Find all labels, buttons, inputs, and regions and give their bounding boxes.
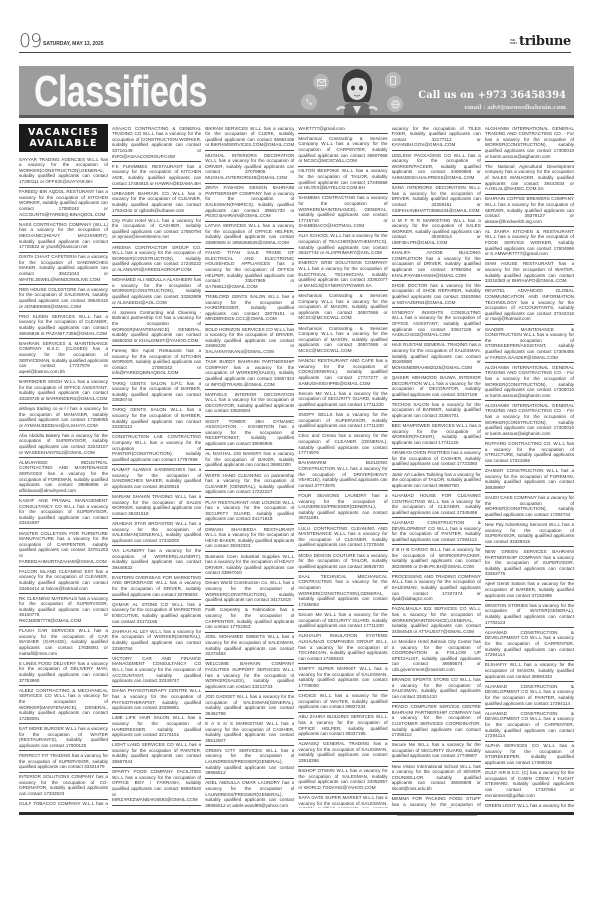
- classified-ad: ALKHALIFI INSULATION SYSTEMS ALKHUNAZI C…: [298, 632, 387, 665]
- classified-ad: TASK BUDDY BAHRAINI PARTNERSHIP COMPANY …: [205, 358, 294, 391]
- classified-ad: alshaya trading co w l l has a vacancy f…: [19, 404, 108, 431]
- classified-ad: FAZALMAULA 522 SERVICES CO W.L.L has a v…: [392, 605, 481, 638]
- classified-ad: U M F R R MARKETING W.L.L has a vacancy …: [392, 216, 481, 249]
- classified-ad: vacancy for the occupation of TILES FIXE…: [392, 124, 481, 151]
- classified-ad: SHOE DOCTOR has a vacancy for the occupa…: [392, 281, 481, 308]
- classified-ad: SNIFFY SUPER MARKET W.L.L has a vacancy …: [298, 664, 387, 691]
- classified-ad: ALGHANIM INTERNATIONAL GENERAL TRADING A…: [485, 124, 574, 162]
- classified-ad: EXIM PRODUCT TRADING W.L.L has a vacancy…: [112, 806, 201, 808]
- classified-ad: Le Meridien Hotel Bahrain City Center ha…: [392, 637, 481, 675]
- column-5: vacancy for the occupation of TILES FIXE…: [392, 124, 481, 808]
- page-header: 09 SATURDAY, MAY 13, 2025 THE DAILYtribu…: [19, 30, 571, 53]
- classified-ad: FOUR SEASONS LAUNDRY has a vacancy for t…: [298, 491, 387, 524]
- classified-ad: Faith Carpentry & Fabrication has a vaca…: [205, 606, 294, 633]
- classified-ad: Abu Abdulla Bakery has a vacancy for the…: [19, 431, 108, 458]
- page-date: SATURDAY, MAY 13, 2025: [43, 41, 104, 47]
- classified-ad: Business Conn Industrial Supplies W.L.L …: [205, 552, 294, 579]
- classified-ad: Mechanical Contracting & Services Compan…: [298, 324, 387, 357]
- classified-ad: SYNERGY INSIGHTS CONSULTING W.L.L has a …: [392, 308, 481, 341]
- classified-ad: MOHAMED ALI ABDULLA ALASHEERI has a vaca…: [112, 276, 201, 309]
- classified-ad: ALGHANIM INTERNATIONAL GENERAL TRADING A…: [485, 401, 574, 439]
- classified-ad: SAFA GATE SUPER MARKET W.L.L has a vacan…: [298, 794, 387, 808]
- classified-ad: E A S N S MARKETING W.L.L has a vacancy …: [205, 719, 294, 746]
- classified-ad: AREENA CONTRACTOR GROUP CO. W.L.L has a …: [112, 243, 201, 276]
- classified-ad: INTERIOR SOLUTIONS COMPANY has a vacancy…: [19, 773, 108, 800]
- classified-ad: Dream World Construction Co. W.L.L has a…: [205, 579, 294, 606]
- classified-ad: REVATEL ADVANCED GLOBAL COMMUNICATION AN…: [485, 287, 574, 325]
- classified-ad: ALHAMAD HOUSE FOR CLEANING CONTRACTING W…: [392, 491, 481, 518]
- classified-ad: EASTERN OVERSEAS FOR MARKETING AND BROKE…: [112, 573, 201, 600]
- classified-ad: SPARTY FOOD COMPANY FACILITIES W.L.L has…: [112, 768, 201, 806]
- classified-ad: PLAY RESTAURANT AND LOUNGE W.L.L has a v…: [205, 498, 294, 525]
- classified-ad: ALMUHYEED INDUSTRIAL CONTRACTING AND MAI…: [19, 458, 108, 496]
- mascot-illustration: [334, 66, 380, 118]
- classified-ad: ZINTA FASHION DESIGN BAHRAINI PARTNERSHI…: [205, 184, 294, 222]
- classified-ad: JOD GADGET W.L.L has a vacancy for the o…: [205, 692, 294, 719]
- classified-ad: ARABIAN STAR BROASTED W.L.L has a vacanc…: [112, 519, 201, 546]
- classified-ad: TECHOS SALON has a vacancy for the occup…: [392, 400, 481, 421]
- classified-ad: GULF TOBACCO COMPANY W.L.L has a vacancy…: [19, 800, 108, 808]
- classified-ad: WINSTON STORIES has a vacancy for the oc…: [485, 601, 574, 628]
- classified-ad: New Vision International School W.L.L ha…: [392, 762, 481, 795]
- classified-ad: New Pay Advertising Services W.L.L has a…: [485, 520, 574, 547]
- classified-ad: ABU ZAHRA BUILDING SERVICES W.L.L has a …: [298, 713, 387, 740]
- classified-ad: MARIAM SHAHIN TRADING W.L.L has a vacanc…: [112, 492, 201, 519]
- classified-ad: City Point Hotel W.L.L has a vacancy for…: [112, 216, 201, 243]
- classified-ad: WHITE HAND CLEANING co partnership has a…: [205, 471, 294, 498]
- classified-ad: ASAACO CONTRACTING & GENERAL TRADING CO …: [112, 124, 201, 162]
- classified-ad: TARIQ GENTS SALON W.L.L has a vacancy fo…: [112, 406, 201, 433]
- classified-ad: PROCESSING AND TRADING COMPANY W.L.L has…: [392, 572, 481, 605]
- classified-ad: SAUDI CAKE COMPANY has a vacancy for the…: [485, 493, 574, 520]
- column-4: WAR7777@gmail.comMechanical Contracting …: [298, 124, 387, 808]
- phone-icon: [301, 94, 317, 110]
- classified-ad: MARVELS INTERIOR DECORATION W.L.L has a …: [205, 390, 294, 417]
- classified-ad: Z B H B CARGO W.L.L has a vacancy for th…: [392, 545, 481, 572]
- classified-ad: WELCOME BAHRAIN COMPANY FACILITIES SUPPO…: [205, 660, 294, 693]
- classified-ad: LIME LIFE HAIR SALON W.L.L has a vacancy…: [112, 714, 201, 741]
- classified-ad: ALPHA SERVICES CO W.L.L has a vacancy fo…: [485, 742, 574, 769]
- classified-ad: PERFECT FIT TRADING has a vacancy for th…: [19, 751, 108, 772]
- column-3: BIKRAM SERVICES W.L.L has a vacancy for …: [205, 124, 294, 808]
- classified-ad: Secure Me W.L.L has a vacancy for the oc…: [392, 741, 481, 762]
- logo-prefix: THE DAILY: [510, 39, 519, 45]
- classified-ad: TARIQ GENTS SALON S.P.C has a vacancy fo…: [112, 379, 201, 406]
- classified-ad: MODA DESIGN COUTURE has a vacancy for th…: [298, 551, 387, 572]
- contact-email: email : advt@newsofbahrain.com: [464, 105, 566, 111]
- classified-ad: ALEEZ CONTRACTING & MECHANICAL SERVICES …: [19, 686, 108, 724]
- classified-ad: NANOLI RESTAURANT AND CAFE has a vacancy…: [298, 357, 387, 390]
- column-6: ALGHANIM INTERNATIONAL GENERAL TRADING A…: [485, 124, 574, 808]
- classified-ad: The National Agricultural Development co…: [485, 162, 574, 195]
- classified-ad: BAHRAIN COFFEE BREWERS COMPANY W.L.L has…: [485, 195, 574, 228]
- classified-ad: HAJI RUSTAM GENERAL TRADING has a vacanc…: [392, 341, 481, 374]
- bottom-rule: [19, 812, 574, 815]
- classified-ad: SHABEBA CONTRACTING has a vacancy for th…: [298, 194, 387, 232]
- classified-ad: MASTER COLLETION FOR FURNITURE MANUFACTU…: [19, 529, 108, 567]
- classified-ad: NASS CONTRACTING COMPANY (W.L.L) has a v…: [19, 220, 108, 253]
- classified-ad: AL ZAHRA KITCHEN & RESTAURANT W.L.L has …: [485, 227, 574, 260]
- classified-ad: Choc and Crema has a vacancy for the occ…: [298, 432, 387, 459]
- classified-ad: FALCON ISLAND CLEANING EST has a vacancy…: [19, 567, 108, 594]
- classified-ad: FAHAD TITAN SALE TRADE OF ELECTRICAL AND…: [205, 249, 294, 293]
- classified-ad: ALHAMAD CONSTRUCTION & DEVELOPMENT CO W.…: [392, 518, 481, 545]
- classified-ad: HILTON BESPOKE W.L.L has a vacancy for t…: [298, 167, 387, 194]
- classified-ad: BISHOP OTSKIN W.L.L has a vacancy for th…: [298, 767, 387, 794]
- classified-ad: Secure Me W.L.L has a vacancy for the oc…: [298, 610, 387, 631]
- classified-ad: CHOICE W.L.L has a vacancy for the occup…: [298, 691, 387, 712]
- classifieds-banner: Classifieds Call us on +973 36458394 ema…: [19, 66, 574, 118]
- classified-ad: ARABIAN OVEN PASTRIES has a vacancy for …: [392, 449, 481, 470]
- classified-ad: LIGHT LAND SERVICES CO W.L.L has a vacan…: [112, 741, 201, 768]
- classified-ad: Mechanical Contracting & Services Compan…: [298, 291, 387, 324]
- classified-ad: Secure Me W.L.L has a vacancy for the oc…: [298, 389, 387, 410]
- classified-ad: BBC MANPOWER SERVICES W.L.L has a vacanc…: [392, 422, 481, 449]
- classified-ad: ALHAMAD CONSTRUCTION & DEVELOPMENT CO W.…: [485, 709, 574, 742]
- classified-ad: QAMAR AL STONE CO W.L.L has a vacancy fo…: [112, 600, 201, 627]
- classified-ad: KHALIFA AYOOB BUILDING COMPLETION has a …: [392, 249, 481, 282]
- classified-ad: KASHF AND PRAWAL MANAGEMENT CONSULTANCY …: [19, 496, 108, 529]
- classified-ad: ZAHRAH AL LEY W.L.L has a vacancy for th…: [112, 627, 201, 654]
- classified-ad: EAT MORE BURGER W.L.L has a vacancy for …: [19, 724, 108, 751]
- classified-ad: DIWASH SHAHEEDA RESTAURANT W.L.L has a v…: [205, 525, 294, 552]
- classified-ad: SIAM HOUSE RESTAURANT has a vacancy for …: [485, 260, 574, 287]
- classified-ad: ENERGY GRID SOLUTIONS COMPANY W.L.L has …: [298, 259, 387, 292]
- classified-ad: 5 LINES FOOD DELIVERY has a vacancy for …: [19, 659, 108, 686]
- classified-ad: RED HOUSE COLDSTORE has a vacancy for th…: [19, 285, 108, 312]
- classified-ad: GREEN CITY SERVICES W.L.L has a vacancy …: [205, 746, 294, 779]
- classified-ad: SAADER MAINTENANCE & CONSTRUCTION W.L.L …: [485, 325, 574, 363]
- classifieds-columns: VACANCIES AVAILABLE SAYYAR TRADING AGENC…: [19, 124, 574, 808]
- page-number: 09: [19, 30, 41, 52]
- classified-ad: BARRINDER SINGH W.L.L has a vacancy for …: [19, 377, 108, 404]
- mobile-icon: [385, 72, 401, 88]
- classified-ad: MEMMA FOR PACKING FOOD STUFF has a vacan…: [392, 795, 481, 808]
- tribune-logo: THE DAILYtribune: [510, 34, 571, 49]
- classified-ad: Fareeq Bin Aqool Restaurant has a vacanc…: [112, 346, 201, 379]
- classified-ad: JOEL MOHAMED SWEETS W.L.L has a vacancy …: [205, 633, 294, 660]
- mail-icon: [313, 74, 329, 90]
- bottom-rule-thin: [397, 815, 477, 816]
- globe-icon: [387, 96, 403, 112]
- classified-ad: SANA INTERIORS DECORATION W.L.L has a va…: [392, 184, 481, 217]
- classified-ad: QAISER MEHMOOD BAJWA INTERIOR DECORATION…: [392, 373, 481, 400]
- logo-text: tribune: [519, 34, 571, 49]
- classified-ad: SAAL TECHNICAL MECHANICAL CONTRACTING ha…: [298, 572, 387, 610]
- classified-ad: VICTORY CAR AND FINANCE MANAGEMENT CONSU…: [112, 654, 201, 687]
- classified-ad: Al Jazeera Contracting and Cleaning - Ba…: [112, 308, 201, 346]
- classified-ad: ELSHAFIY W.L.L has a vacancy for the occ…: [485, 661, 574, 682]
- classified-ad: DIXITA CHAAT CAFETERIA has a vacancy for…: [19, 253, 108, 286]
- classified-ad: SNOPY GELLS has a vacancy for the occupa…: [298, 410, 387, 431]
- classified-ad: FAREEQ BIN AQDOL RESTURANT has a vacancy…: [19, 188, 108, 221]
- classified-ad: ALGHANIM INTERNATIONAL GENERAL TRADING A…: [485, 363, 574, 401]
- classified-ad: ALIA SCHOOL W.L.L has a vacancy for the …: [298, 232, 387, 259]
- classified-ad: ALWASIQ GENERAL TRADING has a vacancy fo…: [298, 740, 387, 767]
- classified-ad: AL NAGHAL 220 BAKERY has a vacancy for t…: [205, 450, 294, 471]
- section-heading: VACANCIES AVAILABLE: [19, 124, 108, 152]
- classified-ad: Jamir Art Ladies Tailoring has a vacancy…: [392, 470, 481, 491]
- classified-ad: BAHAWARIM BUILDING CONSTRUCTION W.L.L ha…: [298, 459, 387, 492]
- column-2: ASAACO CONTRACTING & GENERAL TRADING CO …: [112, 124, 201, 808]
- section-heading-text: VACANCIES AVAILABLE: [28, 127, 99, 149]
- classified-ad: MUGHAL INTERIORS DECORATION W.L.L has a …: [205, 151, 294, 184]
- banner-title: Classifieds: [34, 66, 207, 118]
- call-us-phone: Call us on +973 36458394: [418, 90, 566, 101]
- classified-ad: Mechanical Contracting & Services Compan…: [298, 134, 387, 167]
- classified-ad: NEW GREEN SERVICES BAHRAINI PARTNERSHIP …: [485, 547, 574, 580]
- classified-ad: NAJMAT ALAWAS SANDWICHES has a vacancy f…: [112, 465, 201, 492]
- classified-ad: F.K FUHIMMES RESTAURANT has a vacancy fo…: [112, 162, 201, 189]
- classified-ad: CONSTRUCTION LAB CONTRACTING Company W.L…: [112, 433, 201, 466]
- classified-ad: PRO KLEEN SERVICES W.L.L has a vacancy f…: [19, 312, 108, 339]
- classified-ad: ALHAMAD CONSTRUCTION & DEVELOPMENT CO W.…: [485, 628, 574, 661]
- classified-ad: ADEL ABDULLA OMAR LAUNDRY has a vacancy …: [205, 779, 294, 808]
- classified-ad: ZAHEER CONSTRUCTION W.L.L has a vacancy …: [485, 466, 574, 493]
- classified-ad: VIA LAUNDRY has a vacancy for the occupa…: [112, 546, 201, 573]
- classified-ad: BAHRAIN SERVICES & MAINTENANCE COMPANY B…: [19, 339, 108, 377]
- classified-ad: WAR7777@gmail.com: [298, 124, 387, 134]
- classified-ad: DIANA PHYSIOTHERAPY CENTRE W.L.L has a v…: [112, 687, 201, 714]
- classified-ad: ALHAMAD CONSTRUCTION & DEVELOPMENT CO W.…: [485, 682, 574, 709]
- classified-ad: RUFFARD CONTRACTING CO. W.L.L has a vaca…: [485, 439, 574, 466]
- classified-ad: RK CLEANING MATERIALS has a vacancy for …: [19, 594, 108, 627]
- classified-ad: Ajeel Gents Saloon has a vacancy for the…: [485, 580, 574, 601]
- classified-ad: BIKRAM SERVICES W.L.L has a vacancy for …: [205, 124, 294, 151]
- classified-ad: SIGHT TOWER 26H DYNAMIC ASSOCIATION - EX…: [205, 417, 294, 450]
- classified-ad: LEELEISI PACKAGING CO W.L.L has a vacanc…: [392, 151, 481, 184]
- classified-ad: GREEN LIGHT W.L.L has a vacancy for the …: [485, 801, 574, 808]
- classified-ad: BRANDS SPORTS STORE CO W.L.L has a vacan…: [392, 676, 481, 703]
- classified-ad: LULU CONTRACTING CLEANING AND MAINTENANC…: [298, 524, 387, 551]
- classified-ad: SAYYAR TRADING AGENCIES W.L.L has a vaca…: [19, 155, 108, 188]
- classified-ad: TRIMLORD GENTS SALON W.L.L has a vacancy…: [205, 292, 294, 325]
- classified-ad: BOLD HORIZON SERVICES CO W.L.L has a vac…: [205, 325, 294, 358]
- classified-ad: FLASH CAR SERVICES W.L.L has a vacancy f…: [19, 627, 108, 660]
- column-1: VACANCIES AVAILABLE SAYYAR TRADING AGENC…: [19, 124, 108, 808]
- classified-ad: URBASER BAHRAIN CO W.L.L has a vacancy f…: [112, 189, 201, 216]
- classified-ad: GULF AIR B.S.C. (C) has a vacancy for th…: [485, 769, 574, 802]
- classified-ad: LATVIA SERVICES W.L.L has a vacancy for …: [205, 222, 294, 249]
- classified-ad: PRADO COMPUTER SERVICE CENTRE BAHRAINI P…: [392, 703, 481, 741]
